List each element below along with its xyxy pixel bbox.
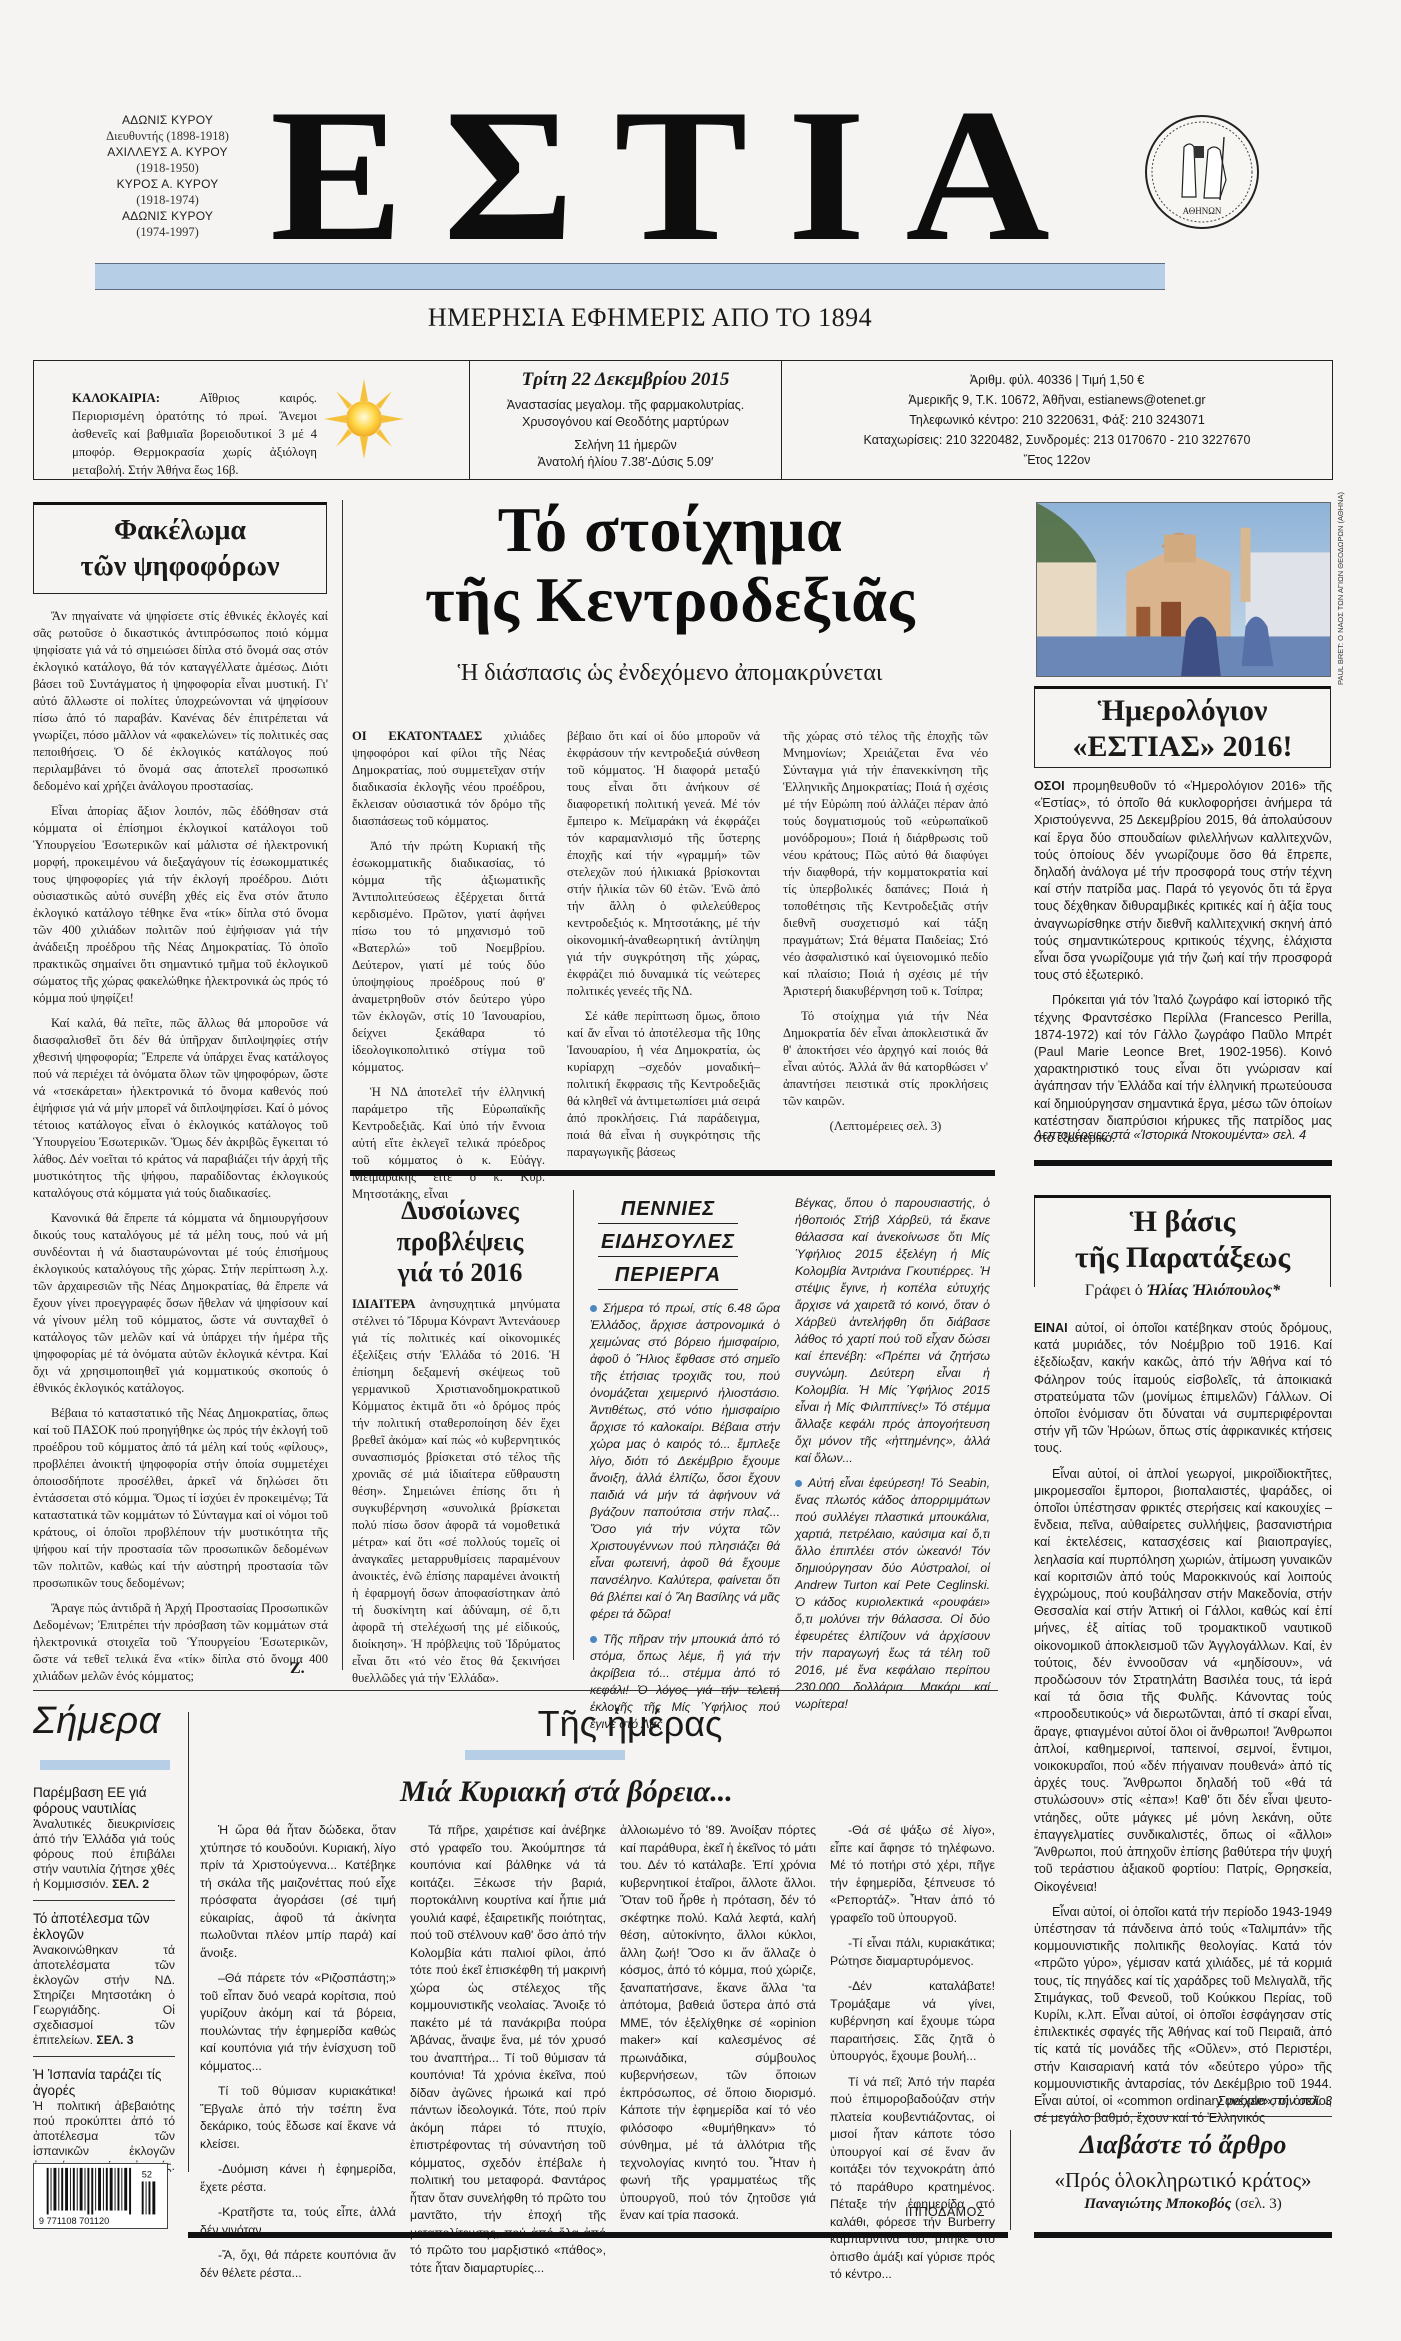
basis-title-box: Ἡ βάσις τῆς Παρατάξεως [1034, 1195, 1331, 1287]
tis-imeras-column-1: Ἡ ὥρα θά ἦταν δώδεκα, ὅταν χτύπησε τό κο… [200, 1822, 396, 2282]
item-body: Ἀναλυτικές διευκρινίσεις ἀπό τήν Ἑλλάδα … [33, 1817, 175, 1892]
paragraph: ΕΙΝΑΙ αὐτοί, οἱ ὁποῖοι κατέβηκαν στούς δ… [1034, 1320, 1332, 1458]
column-divider [573, 1190, 574, 1660]
tis-imeras-section-title: Τῆς ἡμέρας [460, 1703, 800, 1745]
title-line: ΠΕΝΝΙΕΣ [598, 1195, 738, 1224]
paragraph: -Ἄ, ὄχι, θά πάρετε κουπόνια ἄν δέν θέλετ… [200, 2247, 396, 2282]
news-brief: Βέγκας, ὅπου ὁ παρουσιαστής, ὁ ἠθοποιός … [795, 1195, 990, 1467]
painting-credit: PAUL BRET: Ο ΝΑΟΣ ΤΩΝ ΑΓΙΩΝ ΘΕΟΔΩΡΩΝ (ΑΘ… [1336, 500, 1348, 685]
coin-emblem-icon: ΑΘΗΝΩΝ [1140, 112, 1265, 232]
paragraph: Τί τοῦ θύμισαν κυριακάτικα! Ἔβγαλε ἀπό τ… [200, 2083, 396, 2153]
page-ref: ΣΕΛ. 2 [112, 1877, 149, 1891]
read-article-title[interactable]: «Πρός ὁλοκληρωτικό κράτος» [1034, 2168, 1332, 2193]
paragraph: Ἀπό τήν πρώτη Κυριακή τῆς ἐσωκομματικῆς … [352, 838, 545, 1076]
simera-section-title: Σήμερα [33, 1700, 161, 1743]
imerologio-title-line-2: «ΕΣΤΙΑΣ» 2016! [1035, 729, 1330, 765]
saints-line-1: Ἀναστασίας μεγαλομ. τῆς φαρμακολυτρίας. [470, 397, 781, 414]
sunrise-sunset: Ἀνατολή ἡλίου 7.38′-Δύσις 5.09′ [470, 454, 781, 471]
fakeloma-signature: Ζ. [290, 1660, 305, 1678]
basis-continued-link[interactable]: Συνέχεια στήν σελ. 3 [1034, 2094, 1332, 2108]
column-divider [188, 1712, 189, 2172]
bullet-icon [590, 1305, 597, 1312]
simera-item[interactable]: Παρέμβαση ΕΕ γιά φόρους ναυτιλίας Ἀναλυτ… [33, 1785, 175, 1901]
founder-years: Διευθυντής (1898-1918) [95, 128, 240, 144]
subscriptions: Καταχωρίσεις: 210 3220482, Συνδρομές: 21… [782, 431, 1332, 450]
founder-years: (1974-1997) [95, 224, 240, 240]
paragraph: Ἡ ΝΔ ἀποτελεῖ τήν ἑλληνική παράμετρο τῆς… [352, 1084, 545, 1203]
item-title: Τό ἀποτέλεσμα τῶν ἐκλογῶν [33, 1911, 175, 1943]
issue-date: Τρίτη 22 Δεκεμβρίου 2015 [470, 369, 781, 391]
headline-line: προβλέψεις [360, 1226, 560, 1257]
lead-column-2: βέβαιο ὅτι καί οἱ δύο μποροῦν νά ἐκφράσο… [567, 728, 760, 1161]
paragraph: -Δυόμιση κάνει ἡ ἐφημερίδα, ἔχετε ρέστα. [200, 2161, 396, 2196]
newspaper-front-page: ΑΔΩΝΙΣ ΚΥΡΟΥ Διευθυντής (1898-1918) ΑΧΙΛ… [0, 0, 1401, 2341]
imerologio-title-box: Ἡμερολόγιον «ΕΣΤΙΑΣ» 2016! [1034, 686, 1331, 768]
simera-item[interactable]: Τό ἀποτέλεσμα τῶν ἐκλογῶν Ἀνακοινώθηκαν … [33, 1911, 175, 2057]
paragraph: Βέβαια τό καταστατικό τῆς Νέας Δημοκρατί… [33, 1405, 328, 1592]
lead-headline: Τό στοίχημα τῆς Κεντροδεξιᾶς [350, 495, 990, 635]
title-line: ΕΙΔΗΣΟΥΛΕΣ [598, 1228, 738, 1257]
fakeloma-title-line-2: τῶν ψηφοφόρων [34, 549, 326, 585]
paragraph: Κανονικά θά ἔπρεπε τά κόμματα νά δημιουρ… [33, 1210, 328, 1397]
section-divider [188, 2232, 1008, 2238]
column-divider [1010, 2130, 1011, 2230]
svg-text:52: 52 [142, 2170, 152, 2180]
basis-article-body: ΕΙΝΑΙ αὐτοί, οἱ ὁποῖοι κατέβηκαν στούς δ… [1034, 1320, 1332, 2127]
continued-page-ref[interactable]: (Λεπτομέρειες σελ. 3) [783, 1118, 988, 1135]
lead-subheadline: Ἡ διάσπασις ὡς ἐνδεχόμενο ἀπομακρύνεται [350, 660, 990, 687]
fakeloma-title-box: Φακέλωμα τῶν ψηφοφόρων [33, 502, 327, 594]
divider [1034, 2116, 1332, 2117]
publication-year: Ἔτος 122ον [782, 451, 1332, 470]
section-divider [1034, 1160, 1332, 1166]
info-bar: ΚΑΛΟΚΑΙΡΙΑ: Αἴθριος καιρός. Περιορισμένη… [33, 360, 1333, 480]
paragraph: Πρόκειται γιά τόν Ἰταλό ζωγράφο καί ἱστο… [1034, 992, 1332, 1147]
paragraph: Εἶναι αὐτοί, οἱ ἀπλοί γεωργοί, μικροϊδιο… [1034, 1466, 1332, 1896]
weather-cell: ΚΑΛΟΚΑΙΡΙΑ: Αἴθριος καιρός. Περιορισμένη… [34, 361, 469, 479]
sun-icon [324, 379, 404, 459]
paragraph: Καί καλά, θά πεῖτε, πῶς ἄλλως θά μποροῦσ… [33, 1015, 328, 1202]
newspaper-logo: ΕΣΤΙΑ [270, 105, 1120, 248]
paragraph: Σέ κάθε περίπτωση ὅμως, ὅποιο καί ἄν εἶν… [567, 1008, 760, 1161]
item-title: Ἡ Ἱσπανία ταράζει τίς ἀγορές [33, 2067, 175, 2099]
section-divider [1034, 2232, 1332, 2238]
item-title: Παρέμβαση ΕΕ γιά φόρους ναυτιλίας [33, 1785, 175, 1817]
moon-phase: Σελήνη 11 ἡμερῶν [470, 437, 781, 454]
paragraph: ἀλλοιωμένο τό '89. Ἀνοίξαν πόρτες καί πα… [620, 1822, 816, 2225]
lead-headline-line-1: Τό στοίχημα [350, 495, 990, 565]
section-divider [33, 1690, 998, 1691]
saints-line-2: Χρυσογόνου καί Θεοδότης μαρτύρων [470, 414, 781, 431]
tis-imeras-headline: Μιά Κυριακή στά βόρεια... [350, 1775, 990, 1809]
paragraph: -Θά σέ ψάξω σέ λίγο», εἶπε καί ἄφησε τό … [830, 1822, 995, 1927]
byline-author: Ἠλίας Ἠλιόπουλος* [1147, 1282, 1280, 1299]
founder-name: ΑΔΩΝΙΣ ΚΥΡΟΥ [95, 112, 240, 128]
dysoiones-headline: Δυσοίωνες προβλέψεις γιά τό 2016 [360, 1195, 560, 1288]
paragraph: -Δέν καταλάβατε! Τρομάξαμε νά γίνει, κυβ… [830, 1978, 995, 2066]
paragraph: βέβαιο ὅτι καί οἱ δύο μποροῦν νά ἐκφράσο… [567, 728, 760, 1000]
tis-imeras-column-2: Τά πῆρε, χαιρέτισε καί ἀνέβηκε στό γραφε… [410, 1822, 606, 2277]
paragraph: ΟΙ ΕΚΑΤΟΝΤΑΔΕΣ χιλιάδες ψηφοφόροι καί φί… [352, 728, 545, 830]
imerologio-continued-link[interactable]: Λεπτομέρειες στά «Ἱστορικά Ντοκουμέντα» … [1034, 1128, 1332, 1142]
paragraph: ΙΔΙΑΙΤΕΡΑ ἀνησυχητικά μηνύματα στέλνει τ… [352, 1296, 560, 1687]
tagline: ΗΜΕΡΗΣΙΑ ΕΦΗΜΕΡΙΣ ΑΠΟ ΤΟ 1894 [300, 303, 1000, 333]
church-painting-image [1036, 502, 1331, 677]
read-article-author: Παναγιώτης Μποκοβός (σελ. 3) [1034, 2196, 1332, 2213]
phone-numbers: Τηλεφωνικό κέντρο: 210 3220631, Φάξ: 210… [782, 411, 1332, 430]
founder-name: ΑΔΩΝΙΣ ΚΥΡΟΥ [95, 208, 240, 224]
page-ref: (σελ. 3) [1231, 2196, 1281, 2212]
news-brief: Σήμερα τό πρωί, στίς 6.48 ὥρα Ἑλλάδος, ἄ… [590, 1300, 780, 1623]
paragraph: Ἄραγε πώς ἀντιδρᾶ ἡ Ἀρχή Προστασίας Προσ… [33, 1600, 328, 1685]
paragraph: Τί νά πεῖ; Ἀπό τήν παρέα πού ἐπιμοροβαδο… [830, 2074, 995, 2284]
spacer [1010, 500, 1011, 2200]
paragraph: Εἶναι ἀπορίας ἄξιον λοιπόν, πῶς ἐδόθησαν… [33, 803, 328, 1007]
pennies-column-1: Σήμερα τό πρωί, στίς 6.48 ὥρα Ἑλλάδος, ἄ… [590, 1300, 780, 1733]
barcode-icon: 9 771108 701120 52 [33, 2163, 168, 2229]
fakeloma-article-body: Ἄν πηγαίνατε νά ψηφίσετε στίς ἐθνικές ἐκ… [33, 608, 328, 1685]
svg-text:9 771108 701120: 9 771108 701120 [39, 2216, 109, 2226]
item-body: Ἀνακοινώθηκαν τά ἀποτελέσματα τῶν ἐκλογῶ… [33, 1943, 175, 2048]
tis-imeras-signature: ΙΠΠΟΔΑΜΟΣ [905, 2205, 985, 2219]
read-article-heading: Διαβάστε τό ἄρθρο [1034, 2130, 1332, 2160]
paragraph: Τό στοίχημα γιά τήν Νέα Δημοκρατία δέν ε… [783, 1008, 988, 1110]
paragraph: τῆς χώρας στό τέλος τῆς ἐποχῆς τῶν Μνημο… [783, 728, 988, 1000]
lead-column-3: τῆς χώρας στό τέλος τῆς ἐποχῆς τῶν Μνημο… [783, 728, 988, 1135]
lead-column-1: ΟΙ ΕΚΑΤΟΝΤΑΔΕΣ χιλιάδες ψηφοφόροι καί φί… [352, 728, 545, 1203]
basis-title-line-2: τῆς Παρατάξεως [1035, 1240, 1330, 1276]
pennies-column-2: Βέγκας, ὅπου ὁ παρουσιαστής, ὁ ἠθοποιός … [795, 1195, 990, 1713]
paragraph: –Θά πάρετε τόν «Ριζοσπάστη;» τοῦ εἶπαν δ… [200, 1970, 396, 2075]
founder-name: ΚΥΡΟΣ Α. ΚΥΡΟΥ [95, 176, 240, 192]
column-divider [342, 500, 343, 1670]
simera-list: Παρέμβαση ΕΕ γιά φόρους ναυτιλίας Ἀναλυτ… [33, 1785, 175, 2207]
weather-forecast: ΚΑΛΟΚΑΙΡΙΑ: Αἴθριος καιρός. Περιορισμένη… [72, 389, 317, 479]
author-name: Παναγιώτης Μποκοβός [1084, 2196, 1231, 2212]
paragraph: -Τί εἶναι πάλι, κυριακάτικα; Ρώτησε διαμ… [830, 1935, 995, 1970]
paragraph: ΟΣΟΙ προμηθευθοῦν τό «Ἡμερολόγιον 2016» … [1034, 778, 1332, 984]
paragraph: Ἡ ὥρα θά ἦταν δώδεκα, ὅταν χτύπησε τό κο… [200, 1822, 396, 1962]
bullet-icon [590, 1636, 597, 1643]
issue-number-price: Ἀριθμ. φύλ. 40336 | Τιμή 1,50 € [782, 371, 1332, 390]
weather-label: ΚΑΛΟΚΑΙΡΙΑ: [72, 391, 160, 405]
pennies-section-title: ΠΕΝΝΙΕΣ ΕΙΔΗΣΟΥΛΕΣ ΠΕΡΙΕΡΓΑ [598, 1195, 738, 1294]
headline-line: Δυσοίωνες [360, 1195, 560, 1226]
paragraph: Τά πῆρε, χαιρέτισε καί ἀνέβηκε στό γραφε… [410, 1822, 606, 2277]
bullet-icon [795, 1480, 802, 1487]
dysoiones-article-body: ΙΔΙΑΙΤΕΡΑ ἀνησυχητικά μηνύματα στέλνει τ… [352, 1296, 560, 1687]
lead-headline-line-2: τῆς Κεντροδεξιᾶς [350, 565, 990, 635]
tis-imeras-column-3: ἀλλοιωμένο τό '89. Ἀνοίξαν πόρτες καί πα… [620, 1822, 816, 2225]
founder-years: (1918-1950) [95, 160, 240, 176]
news-brief: Αὐτή εἶναι ἐφεύρεση! Τό Seabin, ἕνας πλω… [795, 1475, 990, 1713]
imerologio-title-line-1: Ἡμερολόγιον [1035, 693, 1330, 729]
section-divider [350, 1170, 995, 1176]
founder-years: (1918-1974) [95, 192, 240, 208]
fakeloma-title-line-1: Φακέλωμα [34, 513, 326, 549]
headline-line: γιά τό 2016 [360, 1257, 560, 1288]
address-email: Ἀμερικῆς 9, Τ.Κ. 10672, Ἀθῆναι, estianew… [782, 391, 1332, 410]
contact-cell: Ἀριθμ. φύλ. 40336 | Τιμή 1,50 € Ἀμερικῆς… [781, 361, 1332, 479]
tis-imeras-blue-band [465, 1750, 625, 1760]
founder-name: ΑΧΙΛΛΕΥΣ Α. ΚΥΡΟΥ [95, 144, 240, 160]
title-line: ΠΕΡΙΕΡΓΑ [598, 1261, 738, 1290]
imerologio-article-body: ΟΣΟΙ προμηθευθοῦν τό «Ἡμερολόγιον 2016» … [1034, 778, 1332, 1147]
date-cell: Τρίτη 22 Δεκεμβρίου 2015 Ἀναστασίας μεγα… [469, 361, 781, 479]
basis-byline: Γράφει ὁ Ἠλίας Ἠλιόπουλος* [1034, 1282, 1331, 1300]
masthead-blue-band [95, 263, 1165, 290]
svg-text:ΑΘΗΝΩΝ: ΑΘΗΝΩΝ [1183, 206, 1222, 216]
basis-title-line-1: Ἡ βάσις [1035, 1204, 1330, 1240]
founders-list: ΑΔΩΝΙΣ ΚΥΡΟΥ Διευθυντής (1898-1918) ΑΧΙΛ… [95, 112, 240, 240]
simera-blue-band [40, 1760, 170, 1770]
paragraph: Ἄν πηγαίνατε νά ψηφίσετε στίς ἐθνικές ἐκ… [33, 608, 328, 795]
page-ref: ΣΕΛ. 3 [96, 2033, 133, 2047]
byline-prefix: Γράφει ὁ [1085, 1282, 1147, 1299]
